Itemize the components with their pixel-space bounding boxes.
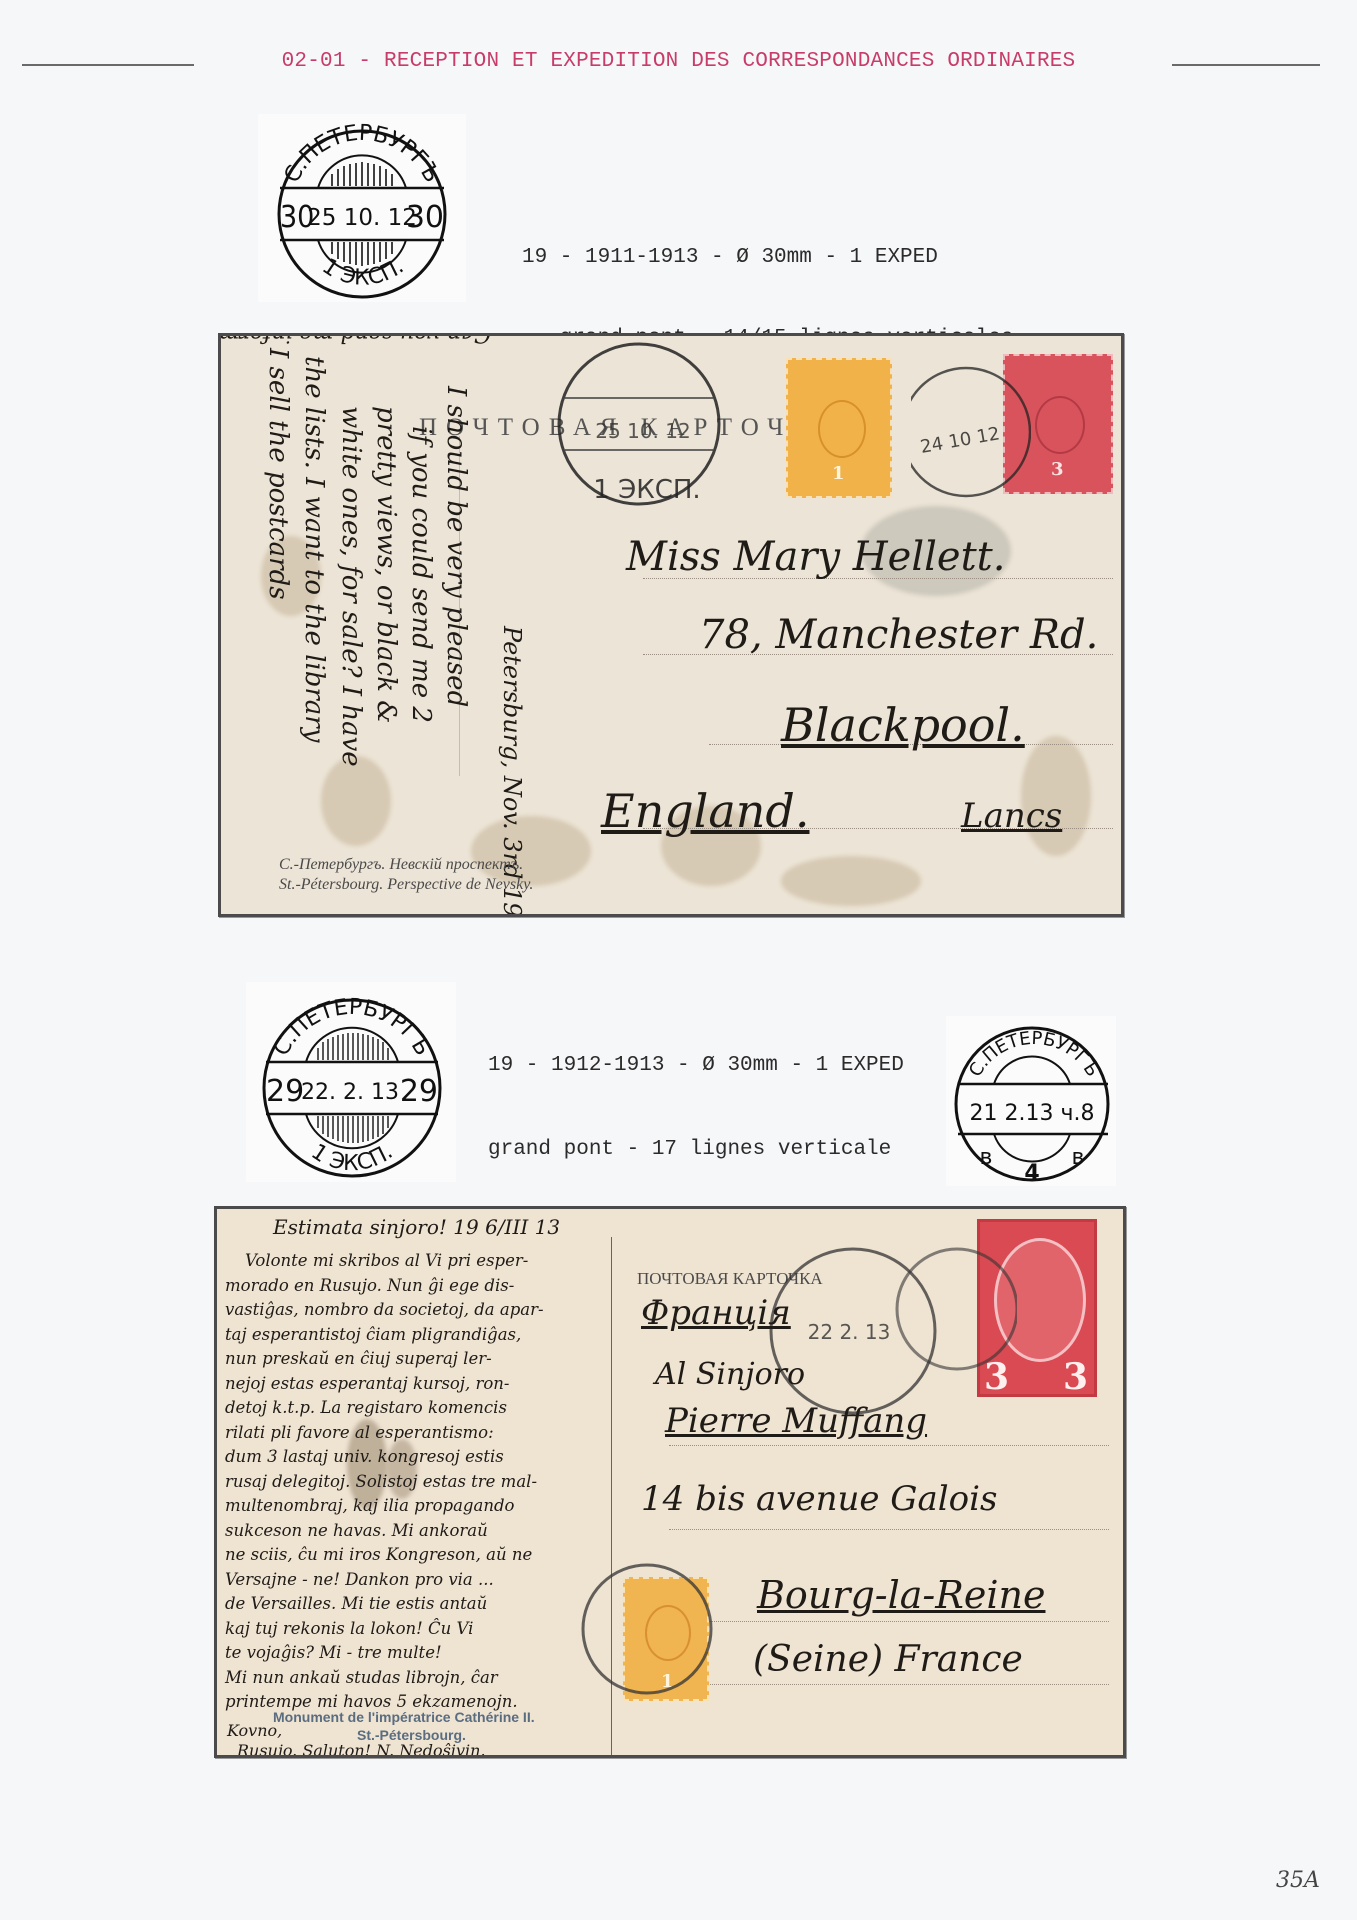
address-line: Blackpool.: [781, 698, 1025, 752]
svg-text:25 10. 12: 25 10. 12: [595, 419, 690, 443]
header-rule-right: [1172, 64, 1320, 66]
cancel-1-bottom-text: 1 ЭКСП.: [318, 254, 409, 291]
stamp-1-kopek: 1: [786, 358, 892, 498]
message-block: Can you send me information catalogue I …: [221, 336, 521, 916]
telegraph-cancel-date: 21 2.13 ч.8: [970, 1101, 1095, 1126]
address-line: Al Sinjoro: [655, 1357, 805, 1392]
svg-text:22 2. 13: 22 2. 13: [808, 1320, 891, 1344]
postcard-2: Estimata sinjoro! 19 6/III 13 Volonte mi…: [214, 1206, 1126, 1758]
description-2-line: 19 - 1912-1913 - Ø 30mm - 1 EXPED: [488, 1052, 904, 1080]
description-1-line: 19 - 1911-1913 - Ø 30mm - 1 EXPED: [522, 244, 1039, 271]
cancel-drawing-1: С.ПЕТЕРБУРГЪ 30 25 10. 12 30 1 ЭКСП.: [258, 114, 466, 302]
page-number: 35A: [1276, 1868, 1320, 1893]
svg-text:в: в: [980, 1145, 993, 1170]
svg-text:1 ЭКСП.: 1 ЭКСП.: [318, 254, 409, 291]
svg-text:4: 4: [1024, 1161, 1039, 1186]
description-2-line: grand pont - 17 lignes verticale: [488, 1136, 904, 1164]
svg-text:в: в: [1072, 1145, 1085, 1170]
address-line: Франція: [641, 1293, 791, 1333]
address-line: (Seine) France: [753, 1639, 1023, 1680]
caption-fr: St.-Pétersbourg. Perspective de Nevsky.: [279, 876, 533, 894]
svg-text:1 ЭКСП.: 1 ЭКСП.: [593, 475, 700, 505]
address-line: 78, Manchester Rd.: [699, 612, 1098, 658]
page-title: 02-01 - RECEPTION ET EXPEDITION DES CORR…: [0, 50, 1357, 73]
address-line: 14 bis avenue Galois: [641, 1479, 997, 1519]
address-line: England.: [601, 784, 809, 838]
svg-text:С.ПЕТЕРБУРГЪ: С.ПЕТЕРБУРГЪ: [965, 1028, 1103, 1081]
caption-ru: С.-Петербургъ. Невскій проспектъ.: [279, 856, 523, 874]
telegraph-cancel-top-text: С.ПЕТЕРБУРГЪ: [965, 1028, 1103, 1081]
address-line: Bourg-la-Reine: [757, 1573, 1045, 1617]
cancel-drawing-2: С.ПЕТЕРБУРГЪ 29 22. 2. 13 29 1 ЭКСП.: [246, 982, 456, 1182]
svg-text:24 10 12: 24 10 12: [919, 423, 1002, 458]
postmark-1: 25 10. 12 1 ЭКСП.: [551, 338, 731, 513]
cancel-1-date: 25 10. 12: [307, 205, 417, 231]
cancel-2-right-num: 29: [400, 1074, 438, 1109]
message-heading: Estimata sinjoro! 19 6/III 13: [273, 1215, 560, 1239]
telegraph-cancel-drawing: С.ПЕТЕРБУРГЪ 21 2.13 ч.8 в в 4: [946, 1016, 1116, 1186]
postcard-1: ПОЧТОВАЯ КАРТОЧКА 25 10. 12 1 ЭКСП. 1 3 …: [218, 333, 1124, 917]
cancel-2-left-num: 29: [266, 1074, 304, 1109]
message-block: Volonte mi skribos al Vi pri esper- mora…: [225, 1249, 611, 1715]
address-line: Pierre Muffang: [665, 1401, 927, 1441]
caption-line-1: Monument de l'impératrice Cathérine II.: [273, 1709, 535, 1725]
cancel-2-date: 22. 2. 13: [301, 1080, 399, 1105]
address-line: Miss Mary Hellett.: [626, 534, 1005, 580]
cancel-1-right-num: 30: [406, 200, 444, 235]
address-line: Lancs: [961, 796, 1062, 836]
